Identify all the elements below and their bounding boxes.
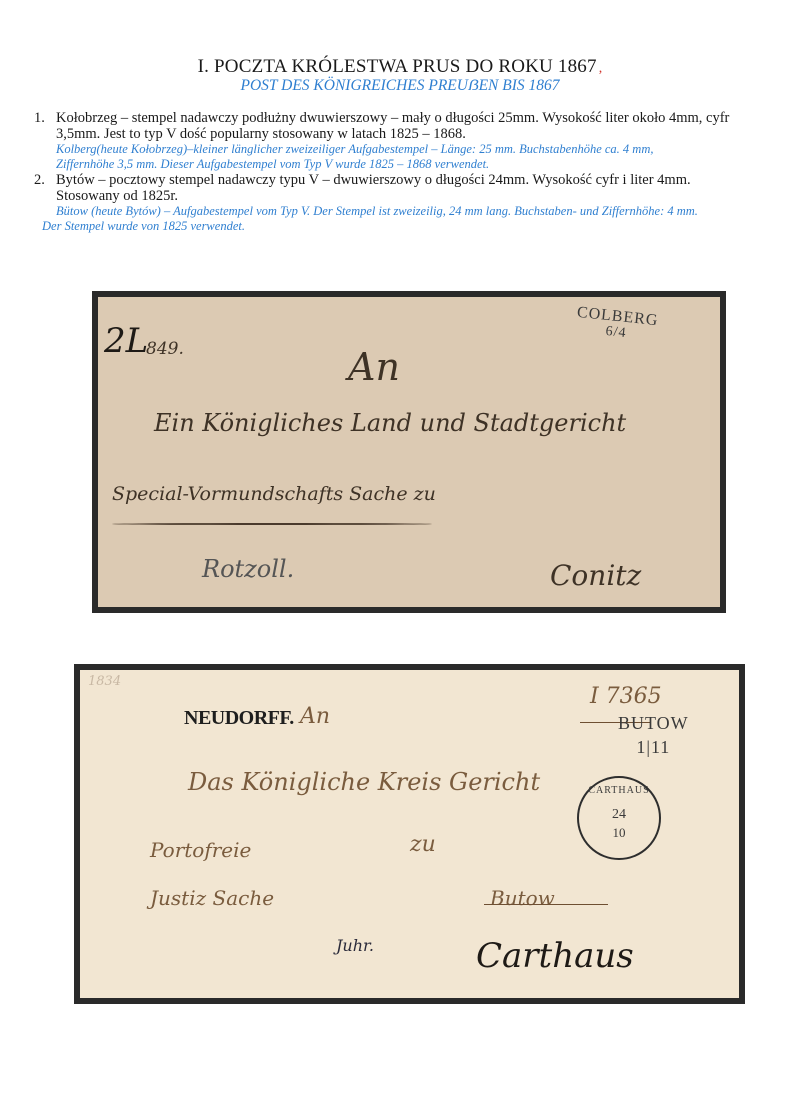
docket-mark: 2L xyxy=(104,321,148,361)
wavy-underline xyxy=(112,523,432,525)
note-german-line: Kolberg(heute Kołobrzeg)–kleiner länglic… xyxy=(56,142,794,157)
carthaus-circle-postmark: CARTHAUS 24 10 xyxy=(577,776,661,860)
note-german-line: Bütow (heute Bytów) – Aufgabestempel vom… xyxy=(56,204,794,219)
destination: Carthaus xyxy=(476,936,634,976)
postmark-date: 1|11 xyxy=(618,738,689,756)
description-notes: 1. Kołobrzeg – stempel nadawczy podłużny… xyxy=(34,110,794,234)
neudorff-postmark: NEUDORFF. xyxy=(184,708,294,728)
butow-postmark: BUTOW 1|11 xyxy=(618,714,689,756)
circle-postmark-day: 24 xyxy=(579,808,659,822)
circle-postmark-month: 10 xyxy=(579,826,659,839)
official-note-2: Justiz Sache xyxy=(150,886,274,910)
address-line-2: Special-Vormundschafts Sache zu xyxy=(112,483,436,505)
page-subtitle: POST DES KÖNIGREICHES PREUẞEN BIS 1867 xyxy=(0,77,800,95)
note-1: 1. Kołobrzeg – stempel nadawczy podłużny… xyxy=(34,110,794,172)
note-polish-line: 3,5mm. Jest to typ V dość popularny stos… xyxy=(56,126,794,142)
envelope-colberg: 2L 849. COLBERG 6/4 An Ein Königliches L… xyxy=(92,291,726,613)
colberg-postmark: COLBERG 6/4 xyxy=(575,305,659,344)
official-note-1: Portofreie xyxy=(150,838,251,862)
address-an: An xyxy=(300,704,330,729)
note-polish-line: Stosowany od 1825r. xyxy=(56,188,794,204)
postmark-town: BUTOW xyxy=(618,714,689,732)
address-an: An xyxy=(348,345,400,389)
destination-struck: Butow xyxy=(490,886,555,910)
sender-note: Rotzoll. xyxy=(202,555,294,583)
note-number: 1. xyxy=(34,110,45,127)
envelope-butow: 1834 NEUDORFF. An I 7365 BUTOW 1|11 Das … xyxy=(74,664,745,1004)
page-title: I. POCZTA KRÓLESTWA PRUS DO ROKU 1867, xyxy=(0,56,800,78)
docket-number: 849. xyxy=(146,339,184,359)
note-polish-line: Kołobrzeg – stempel nadawczy podłużny dw… xyxy=(56,110,794,126)
note-number: 2. xyxy=(34,172,45,189)
pencil-note: 1834 xyxy=(88,674,121,689)
title-red-mark: , xyxy=(599,61,603,76)
note-german-line: Ziffernhöhe 3,5 mm. Dieser Aufgabestempe… xyxy=(56,157,794,172)
address-line-1: Ein Königliches Land und Stadtgericht xyxy=(154,409,626,437)
registration-note: I 7365 xyxy=(590,684,662,709)
address-zu: zu xyxy=(410,832,436,857)
note-2: 2. Bytów – pocztowy stempel nadawczy typ… xyxy=(34,172,794,234)
note-polish-line: Bytów – pocztowy stempel nadawczy typu V… xyxy=(56,172,794,188)
title-text: I. POCZTA KRÓLESTWA PRUS DO ROKU 1867 xyxy=(198,56,597,77)
clerk-signature: Juhr. xyxy=(336,936,374,955)
address-line-1: Das Königliche Kreis Gericht xyxy=(188,768,540,796)
destination: Conitz xyxy=(550,559,641,592)
note-german-line: Der Stempel wurde von 1825 verwendet. xyxy=(42,219,794,234)
circle-postmark-town: CARTHAUS xyxy=(579,786,659,796)
destination-strike-line xyxy=(484,904,608,905)
